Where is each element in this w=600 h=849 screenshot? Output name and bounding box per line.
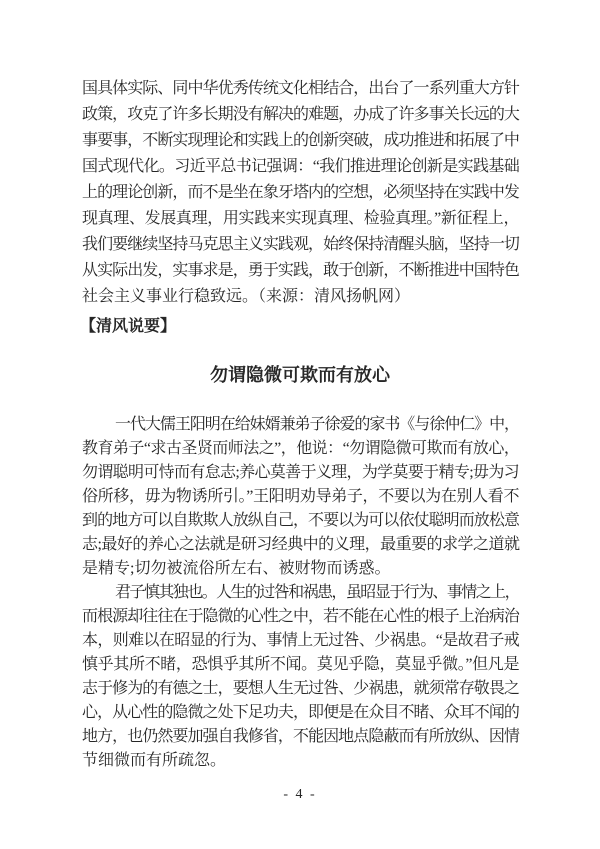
- text-line: 而根源却往往在于隐微的心性之中，若不能在心性的根子上治病治: [82, 605, 519, 629]
- text-line: 我们要继续坚持马克思主义实践观，始终保持清醒头脑，坚持一切: [82, 232, 519, 258]
- section-heading: 【清风说要】: [80, 314, 176, 340]
- text-line: 节细微而有所疏忽。: [82, 749, 519, 773]
- text-line: 教育弟子“求古圣贤而师法之”，他说：“勿谓隐微可欺而有放心，: [82, 437, 519, 461]
- text-line: 志于修为的有德之士，要想人生无过咎、少祸患，就须常存敬畏之: [82, 677, 519, 701]
- article-paragraph-2: 君子慎其独也。人生的过咎和祸患，虽昭显于行为、事情之上，而根源却往往在于隐微的心…: [82, 581, 519, 773]
- intro-paragraph: 国具体实际、同中华优秀传统文化相结合，出台了一系列重大方针政策，攻克了许多长期没…: [82, 76, 519, 310]
- page-number: - 4 -: [0, 785, 600, 805]
- text-line: 心，从心性的隐微之处下足功夫，即便是在众目不睹、众耳不闻的: [82, 701, 519, 725]
- text-line: 社会主义事业行稳致远。（来源：清风扬帆网）: [82, 284, 519, 310]
- text-line: 君子慎其独也。人生的过咎和祸患，虽昭显于行为、事情之上，: [82, 581, 519, 605]
- text-line: 上的理论创新，而不是坐在象牙塔内的空想，必须坚持在实践中发: [82, 180, 519, 206]
- text-line: 政策，攻克了许多长期没有解决的难题，办成了许多事关长远的大: [82, 102, 519, 128]
- text-line: 是精专;切勿被流俗所左右、被财物而诱惑。: [82, 557, 519, 581]
- text-line: 俗所移，毋为物诱所引。”王阳明劝导弟子，不要以为在别人看不: [82, 485, 519, 509]
- text-line: 勿谓聪明可恃而有怠志;养心莫善于义理，为学莫要于精专;毋为习: [82, 461, 519, 485]
- text-line: 本，则难以在昭显的行为、事情上无过咎、少祸患。“是故君子戒: [82, 629, 519, 653]
- text-line: 国式现代化。习近平总书记强调：“我们推进理论创新是实践基础: [82, 154, 519, 180]
- text-line: 现真理、发展真理，用实践来实现真理、检验真理。”新征程上，: [82, 206, 519, 232]
- document-page: 国具体实际、同中华优秀传统文化相结合，出台了一系列重大方针政策，攻克了许多长期没…: [0, 0, 600, 849]
- text-line: 从实际出发，实事求是，勇于实践，敢于创新，不断推进中国特色: [82, 258, 519, 284]
- text-line: 事要事，不断实现理论和实践上的创新突破，成功推进和拓展了中: [82, 128, 519, 154]
- text-line: 到的地方可以自欺欺人放纵自己，不要以为可以依仗聪明而放松意: [82, 509, 519, 533]
- text-line: 地方，也仍然要加强自我修省，不能因地点隐蔽而有所放纵、因情: [82, 725, 519, 749]
- article-title: 勿谓隐微可欺而有放心: [0, 361, 600, 389]
- text-line: 国具体实际、同中华优秀传统文化相结合，出台了一系列重大方针: [82, 76, 519, 102]
- text-line: 一代大儒王阳明在给妹婿兼弟子徐爱的家书《与徐仲仁》中，: [82, 413, 519, 437]
- text-line: 志;最好的养心之法就是研习经典中的义理，最重要的求学之道就: [82, 533, 519, 557]
- article-paragraph-1: 一代大儒王阳明在给妹婿兼弟子徐爱的家书《与徐仲仁》中，教育弟子“求古圣贤而师法之…: [82, 413, 519, 581]
- text-line: 慎乎其所不睹，恐惧乎其所不闻。莫见乎隐，莫显乎微。”但凡是: [82, 653, 519, 677]
